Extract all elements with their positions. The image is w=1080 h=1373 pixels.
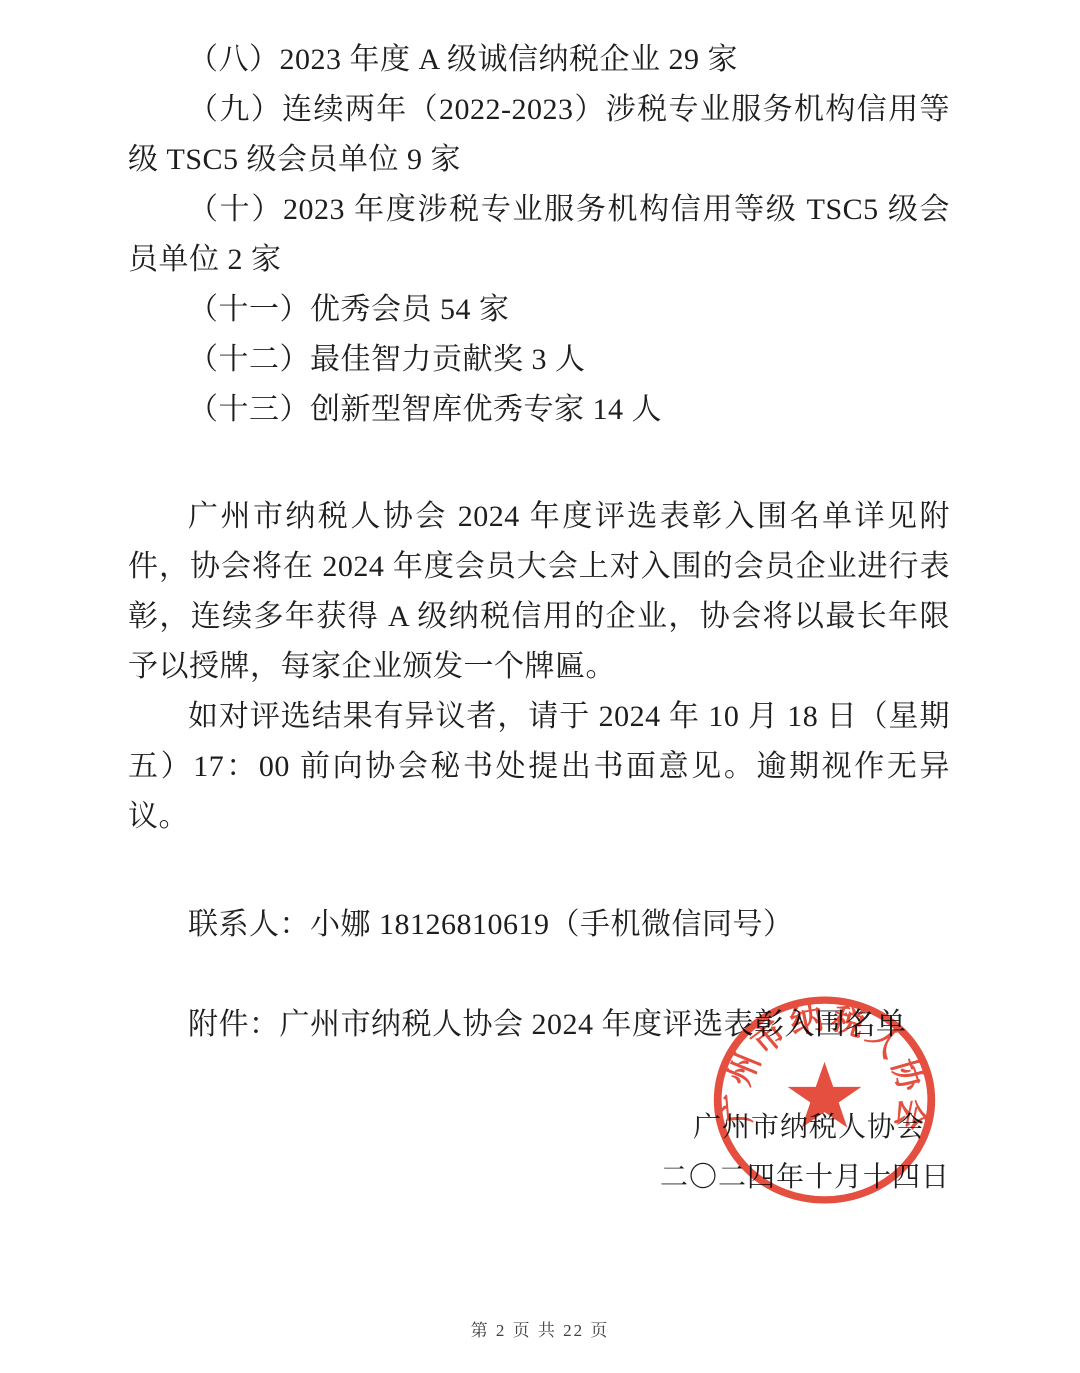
document-page: （八）2023 年度 A 级诚信纳税企业 29 家 （九）连续两年（2022-2…	[0, 0, 1080, 1373]
list-item-12: （十二）最佳智力贡献奖 3 人	[128, 335, 950, 385]
attachment-line: 附件：广州市纳税人协会 2024 年度评选表彰入围名单	[128, 1000, 950, 1050]
signature-block: 广州市纳税人协会 二〇二四年十月十四日	[128, 1103, 950, 1203]
list-item-10: （十）2023 年度涉税专业服务机构信用等级 TSC5 级会员单位 2 家	[128, 185, 950, 285]
page-number: 第 2 页 共 22 页	[0, 1318, 1080, 1344]
list-item-8: （八）2023 年度 A 级诚信纳税企业 29 家	[128, 35, 950, 85]
contact-block: 联系人：小娜 18126810619（手机微信同号）	[128, 900, 950, 950]
paragraph-announcement: 广州市纳税人协会 2024 年度评选表彰入围名单详见附件，协会将在 2024 年…	[128, 492, 950, 692]
signature-date: 二〇二四年十月十四日	[128, 1153, 950, 1203]
list-item-11: （十一）优秀会员 54 家	[128, 285, 950, 335]
list-item-13: （十三）创新型智库优秀专家 14 人	[128, 385, 950, 435]
body-paragraphs: 广州市纳税人协会 2024 年度评选表彰入围名单详见附件，协会将在 2024 年…	[128, 492, 950, 842]
signature-org-name: 广州市纳税人协会	[128, 1103, 950, 1153]
attachment-block: 附件：广州市纳税人协会 2024 年度评选表彰入围名单	[128, 1000, 950, 1050]
paragraph-objection: 如对评选结果有异议者，请于 2024 年 10 月 18 日（星期五）17：00…	[128, 692, 950, 842]
list-item-9: （九）连续两年（2022-2023）涉税专业服务机构信用等级 TSC5 级会员单…	[128, 85, 950, 185]
contact-line: 联系人：小娜 18126810619（手机微信同号）	[128, 900, 950, 950]
award-list: （八）2023 年度 A 级诚信纳税企业 29 家 （九）连续两年（2022-2…	[128, 35, 950, 435]
text-column: （八）2023 年度 A 级诚信纳税企业 29 家 （九）连续两年（2022-2…	[128, 35, 950, 1203]
